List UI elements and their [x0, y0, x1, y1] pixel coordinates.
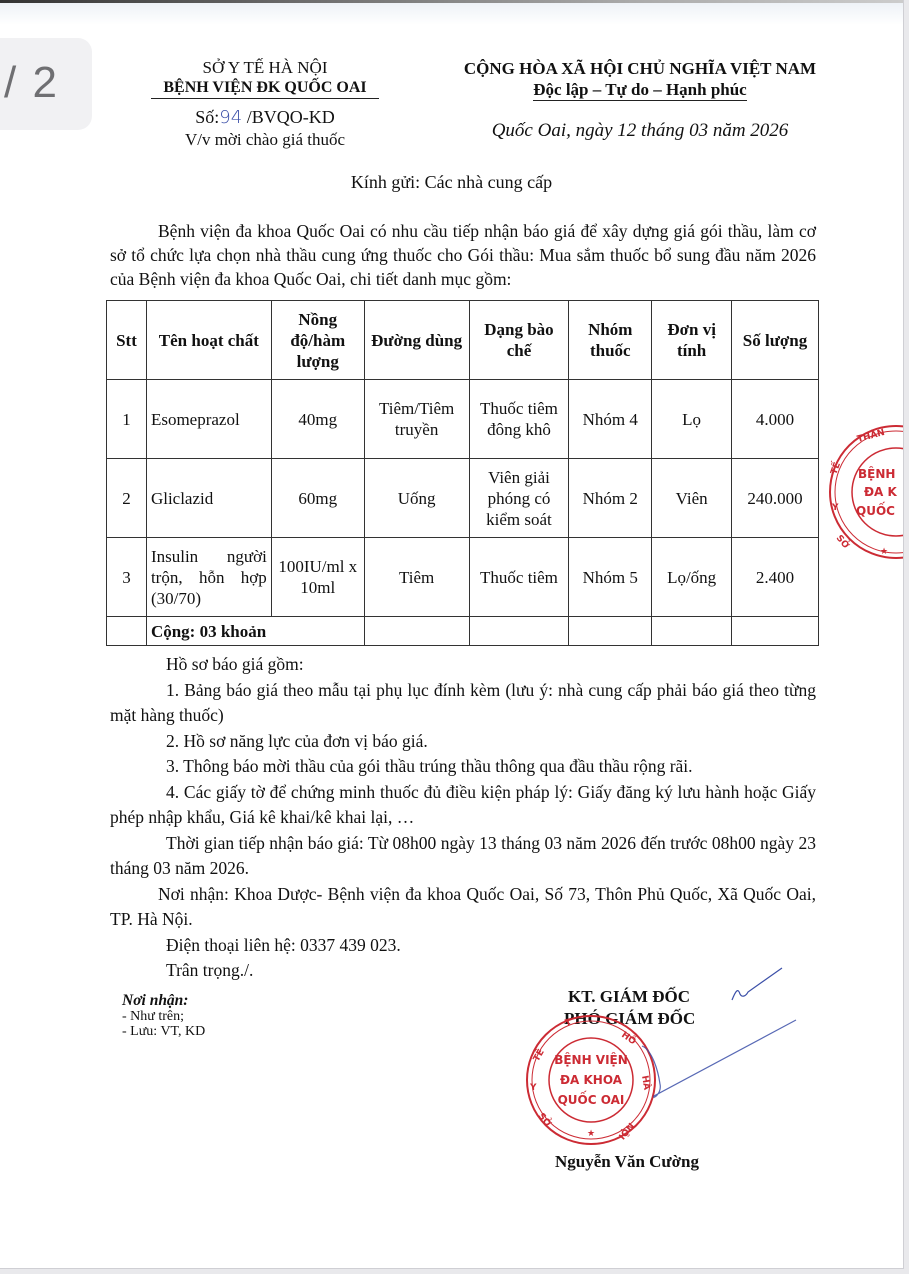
cell-stt: 1 [107, 380, 147, 459]
recipients-block: Nơi nhận: - Như trên; - Lưu: VT, KD [122, 992, 402, 1039]
cell-drug-group: Nhóm 4 [569, 380, 652, 459]
dossier-item: 3. Thông báo mời thầu của gói thầu trúng… [110, 754, 816, 780]
svg-text:Y: Y [529, 1083, 537, 1093]
scan-top-fade [0, 3, 903, 25]
national-motto: Độc lập – Tự do – Hạnh phúc [533, 80, 746, 101]
document-subject: V/v mời chào giá thuốc [120, 130, 410, 150]
cell-stt: 3 [107, 538, 147, 617]
cell-empty [364, 617, 469, 646]
column-header: Đơn vị tính [652, 301, 732, 380]
signer-name: Nguyễn Văn Cường [555, 1152, 699, 1172]
svg-text:Y: Y [831, 503, 839, 513]
handwritten-signature [560, 960, 810, 1130]
cell-unit: Viên [652, 459, 732, 538]
cell-route: Uống [364, 459, 469, 538]
intro-text: Bệnh viện đa khoa Quốc Oai có nhu cầu ti… [110, 219, 816, 291]
table-row: 3 Insulin người trộn, hỗn hợp (30/70) 10… [107, 538, 819, 617]
table-row: 2 Gliclazid 60mg Uống Viên giải phóng có… [107, 459, 819, 538]
cell-empty [107, 617, 147, 646]
cell-active-ingredient: Gliclazid [146, 459, 271, 538]
table-row: 1 Esomeprazol 40mg Tiêm/Tiêm truyền Thuố… [107, 380, 819, 459]
cell-strength: 100IU/ml x 10ml [271, 538, 364, 617]
svg-text:★: ★ [880, 547, 888, 557]
dossier-item: 2. Hồ sơ năng lực của đơn vị báo giá. [110, 729, 816, 755]
cell-active-ingredient: Insulin người trộn, hỗn hợp (30/70) [146, 538, 271, 617]
document-number: Số:94 /BVQO-KD [120, 105, 410, 130]
column-header: Đường dùng [364, 301, 469, 380]
column-header: Nhóm thuốc [569, 301, 652, 380]
column-header: Stt [107, 301, 147, 380]
cell-empty [652, 617, 732, 646]
svg-text:★: ★ [587, 1129, 595, 1139]
salutation: Kính gửi: Các nhà cung cấp [0, 172, 903, 193]
place-date: Quốc Oai, ngày 12 tháng 03 năm 2026 [430, 119, 850, 143]
intro-paragraph: Bệnh viện đa khoa Quốc Oai có nhu cầu ti… [110, 219, 816, 291]
column-header: Dạng bào chế [469, 301, 569, 380]
issuer-block: SỞ Y TẾ HÀ NỘI BỆNH VIỆN ĐK QUỐC OAI Số:… [120, 58, 410, 150]
table-total-row: Cộng: 03 khoản [107, 617, 819, 646]
total-label: Cộng: 03 khoản [146, 617, 364, 646]
cell-quantity: 240.000 [732, 459, 819, 538]
cell-dosage-form: Thuốc tiêm đông khô [469, 380, 569, 459]
svg-text:ĐA K: ĐA K [864, 485, 898, 499]
cell-route: Tiêm [364, 538, 469, 617]
number-suffix: /BVQO-KD [242, 107, 335, 127]
contact-phone: Điện thoại liên hệ: 0337 439 023. [110, 933, 816, 959]
receive-time: Thời gian tiếp nhận báo giá: Từ 08h00 ng… [110, 831, 816, 882]
national-title: CỘNG HÒA XÃ HỘI CHỦ NGHĨA VIỆT NAM [430, 58, 850, 80]
document-page: / 2 SỞ Y TẾ HÀ NỘI BỆNH VIỆN ĐK QUỐC OAI… [0, 0, 904, 1269]
number-prefix: Số: [195, 107, 219, 127]
cell-dosage-form: Viên giải phóng có kiểm soát [469, 459, 569, 538]
svg-text:TẾ: TẾ [827, 459, 844, 476]
cell-active-ingredient: Esomeprazol [146, 380, 271, 459]
cell-quantity: 4.000 [732, 380, 819, 459]
drug-list-table: Stt Tên hoạt chất Nồng độ/hàm lượng Đườn… [106, 300, 819, 646]
column-header: Tên hoạt chất [146, 301, 271, 380]
dossier-title: Hồ sơ báo giá gồm: [110, 652, 816, 678]
svg-text:QUỐC: QUỐC [856, 501, 895, 518]
cell-unit: Lọ/ống [652, 538, 732, 617]
page-indicator: / 2 [0, 38, 92, 130]
column-header: Nồng độ/hàm lượng [271, 301, 364, 380]
svg-text:SỞ: SỞ [536, 1110, 555, 1129]
handwritten-number: 94 [219, 107, 242, 128]
dossier-item: 4. Các giấy tờ để chứng minh thuốc đủ đi… [110, 780, 816, 831]
partial-stamp-right: BỆNH ĐA K QUỐC THÀN TẾ Y SỞ ★ [818, 420, 903, 570]
dossier-item: 1. Bảng báo giá theo mẫu tại phụ lục đín… [110, 678, 816, 729]
cell-route: Tiêm/Tiêm truyền [364, 380, 469, 459]
column-header: Số lượng [732, 301, 819, 380]
cell-strength: 60mg [271, 459, 364, 538]
cell-unit: Lọ [652, 380, 732, 459]
cell-drug-group: Nhóm 2 [569, 459, 652, 538]
recipient-item: - Như trên; [122, 1009, 402, 1024]
cell-empty [469, 617, 569, 646]
cell-empty [569, 617, 652, 646]
recipients-title: Nơi nhận: [122, 992, 402, 1009]
recipient-item: - Lưu: VT, KD [122, 1024, 402, 1039]
svg-text:THÀN: THÀN [856, 426, 886, 445]
letter-body: Hồ sơ báo giá gồm: 1. Bảng báo giá theo … [110, 652, 816, 984]
svg-text:SỞ: SỞ [834, 532, 853, 551]
cell-drug-group: Nhóm 5 [569, 538, 652, 617]
cell-stt: 2 [107, 459, 147, 538]
cell-empty [732, 617, 819, 646]
organization-name: BỆNH VIỆN ĐK QUỐC OAI [151, 78, 378, 99]
table-header-row: Stt Tên hoạt chất Nồng độ/hàm lượng Đườn… [107, 301, 819, 380]
cell-strength: 40mg [271, 380, 364, 459]
receive-place: Nơi nhận: Khoa Dược- Bệnh viện đa khoa Q… [110, 882, 816, 933]
authority-name: SỞ Y TẾ HÀ NỘI [120, 58, 410, 78]
national-header: CỘNG HÒA XÃ HỘI CHỦ NGHĨA VIỆT NAM Độc l… [430, 58, 850, 143]
cell-quantity: 2.400 [732, 538, 819, 617]
svg-text:BỆNH: BỆNH [858, 466, 895, 481]
cell-dosage-form: Thuốc tiêm [469, 538, 569, 617]
